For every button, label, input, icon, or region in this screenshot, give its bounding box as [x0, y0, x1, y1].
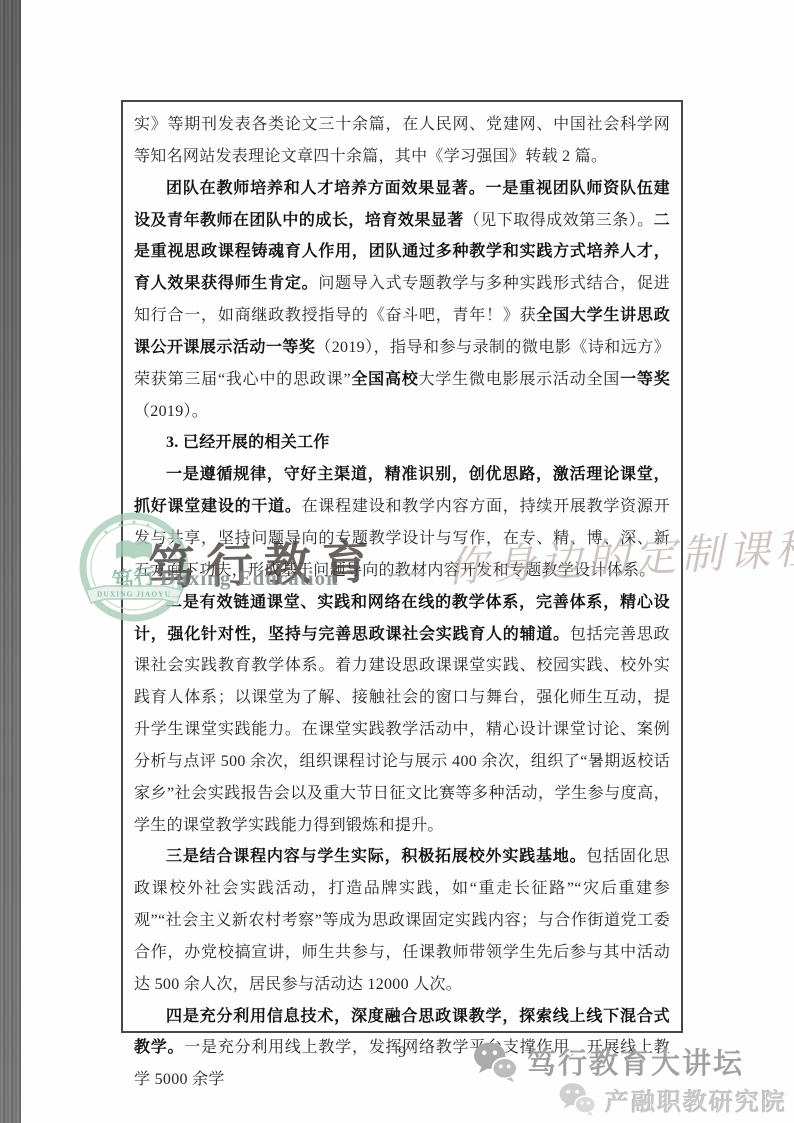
scanned-document-page: 实》等期刊发表各类论文三十余篇，在人民网、党建网、中国社会科学网等知名网站发表理…: [0, 0, 794, 1123]
bold-text-segment: 3. 已经开展的相关工作: [166, 434, 330, 451]
wechat-icon: [472, 1040, 519, 1083]
text-segment: 包括固化思政课校外社会实践活动，打造品牌实践，如“重走长征路”“灾后重建参观”“…: [134, 848, 670, 992]
footer-logo-chanrong-institute: 产融职教研究院: [558, 1081, 787, 1117]
bold-text-segment: 全国高校: [351, 371, 419, 388]
scan-edge-artifact: [0, 0, 21, 1123]
text-paragraph: 二是有效链通课堂、实践和网络在线的教学体系，完善体系，精心设计，强化针对性，坚持…: [134, 587, 670, 842]
text-segment: （见下取得成效第三条）。: [464, 212, 654, 229]
text-paragraph: 团队在教师培养和人才培养方面效果显著。一是重视团队师资队伍建设及青年教师在团队中…: [134, 173, 670, 428]
document-body-text: 实》等期刊发表各类论文三十余篇，在人民网、党建网、中国社会科学网等知名网站发表理…: [134, 109, 670, 1096]
bold-text-segment: 一等奖: [620, 371, 670, 388]
text-paragraph: 三是结合课程内容与学生实际，积极拓展校外实践基地。包括固化思政课校外社会实践活动…: [134, 841, 670, 1000]
text-segment: 包括完善思政课社会实践教育教学体系。着力建设思政课课堂实践、校园实践、校外实践育…: [134, 626, 670, 834]
text-paragraph: 3. 已经开展的相关工作: [134, 427, 670, 459]
footer-logo-chanrong-institute-text: 产融职教研究院: [605, 1082, 787, 1117]
wechat-icon: [558, 1081, 597, 1117]
text-paragraph: 一是遵循规律，守好主渠道，精准识别，创优思路，激活理论课堂，抓好课堂建设的干道。…: [134, 459, 670, 586]
bold-text-segment: 三是结合课程内容与学生实际，积极拓展校外实践基地。: [166, 848, 586, 865]
text-segment: 实》等期刊发表各类论文三十余篇，在人民网、党建网、中国社会科学网等知名网站发表理…: [134, 116, 670, 165]
text-segment: 大学生微电影展示活动全国: [419, 371, 621, 388]
footer-logo-duxing-lecture-text: 笃行教育大讲坛: [527, 1041, 744, 1082]
text-segment: （2019）。: [134, 403, 208, 420]
footer-logo-duxing-lecture: 笃行教育大讲坛: [472, 1040, 744, 1083]
text-paragraph: 实》等期刊发表各类论文三十余篇，在人民网、党建网、中国社会科学网等知名网站发表理…: [134, 109, 670, 173]
content-table: 实》等期刊发表各类论文三十余篇，在人民网、党建网、中国社会科学网等知名网站发表理…: [121, 100, 683, 1033]
